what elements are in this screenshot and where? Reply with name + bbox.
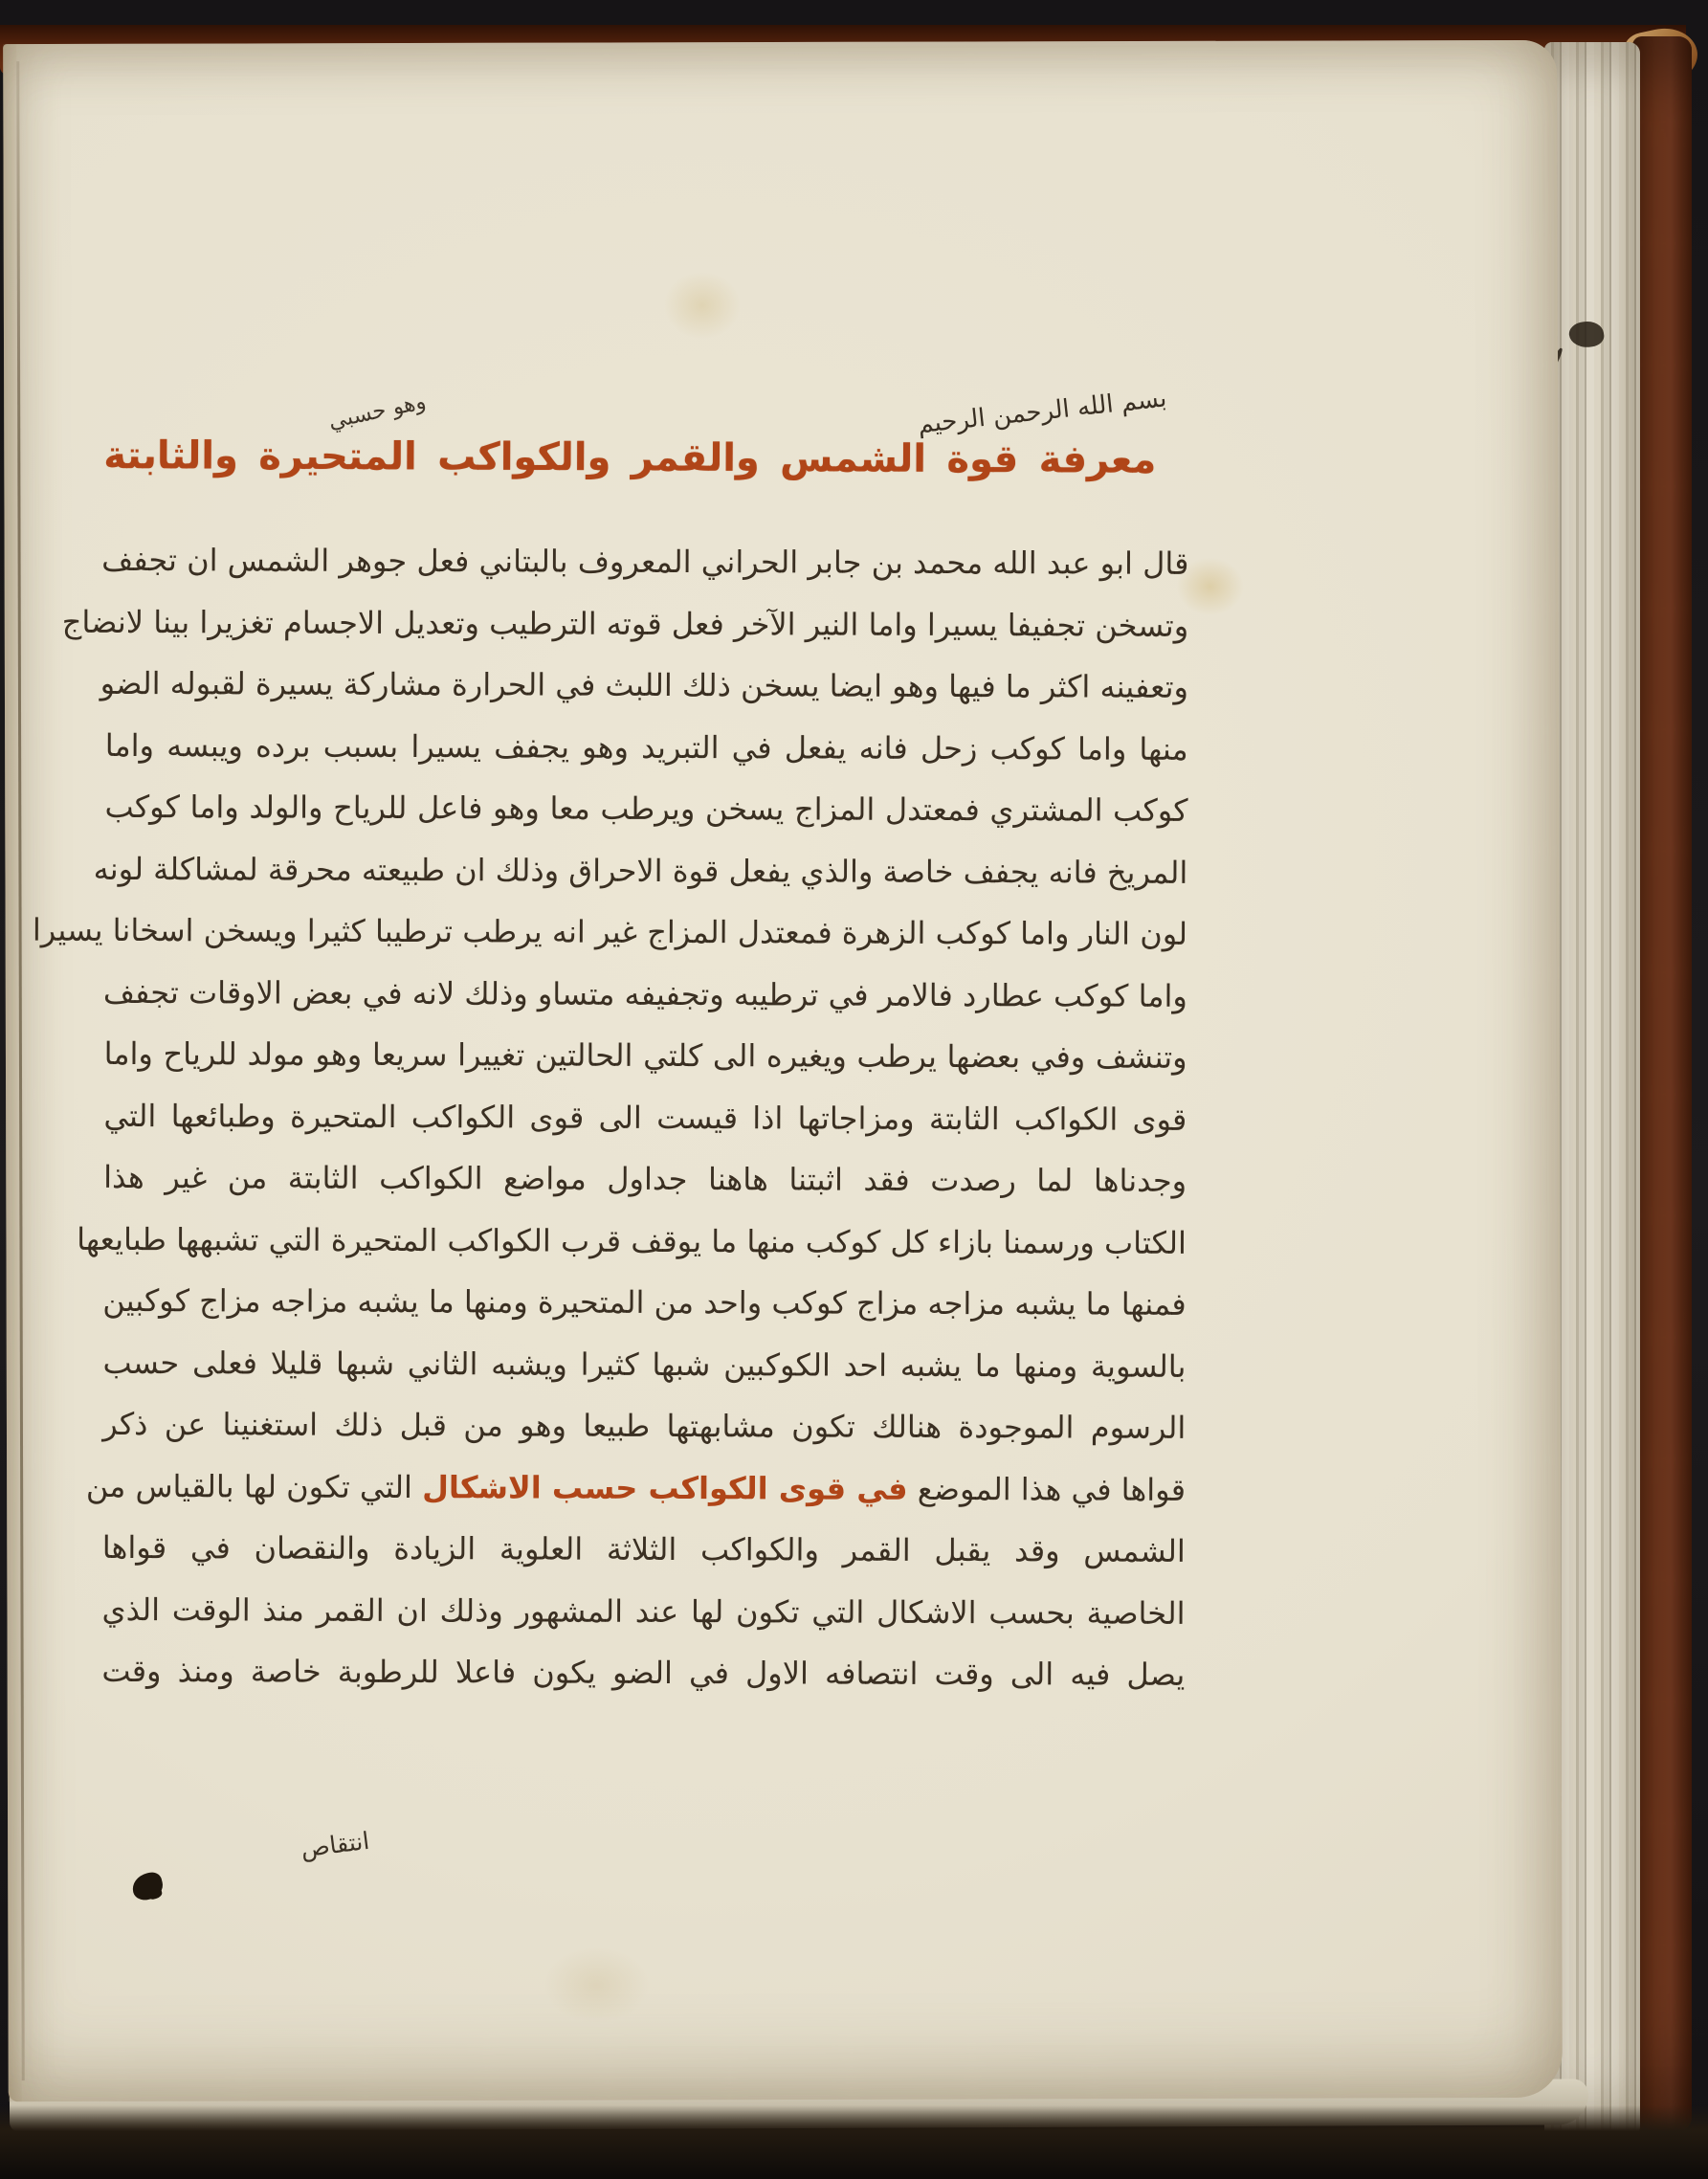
manuscript-photo: { "manuscript": { "basmala": "بسم الله ا… bbox=[0, 0, 1708, 2179]
leather-cover-right-edge bbox=[1632, 36, 1692, 2132]
page-shading bbox=[3, 40, 1563, 2101]
manuscript-page: بسم الله الرحمن الرحيم وهو حسبي معرفة قو… bbox=[3, 40, 1563, 2101]
bottom-shadow bbox=[0, 2105, 1708, 2179]
